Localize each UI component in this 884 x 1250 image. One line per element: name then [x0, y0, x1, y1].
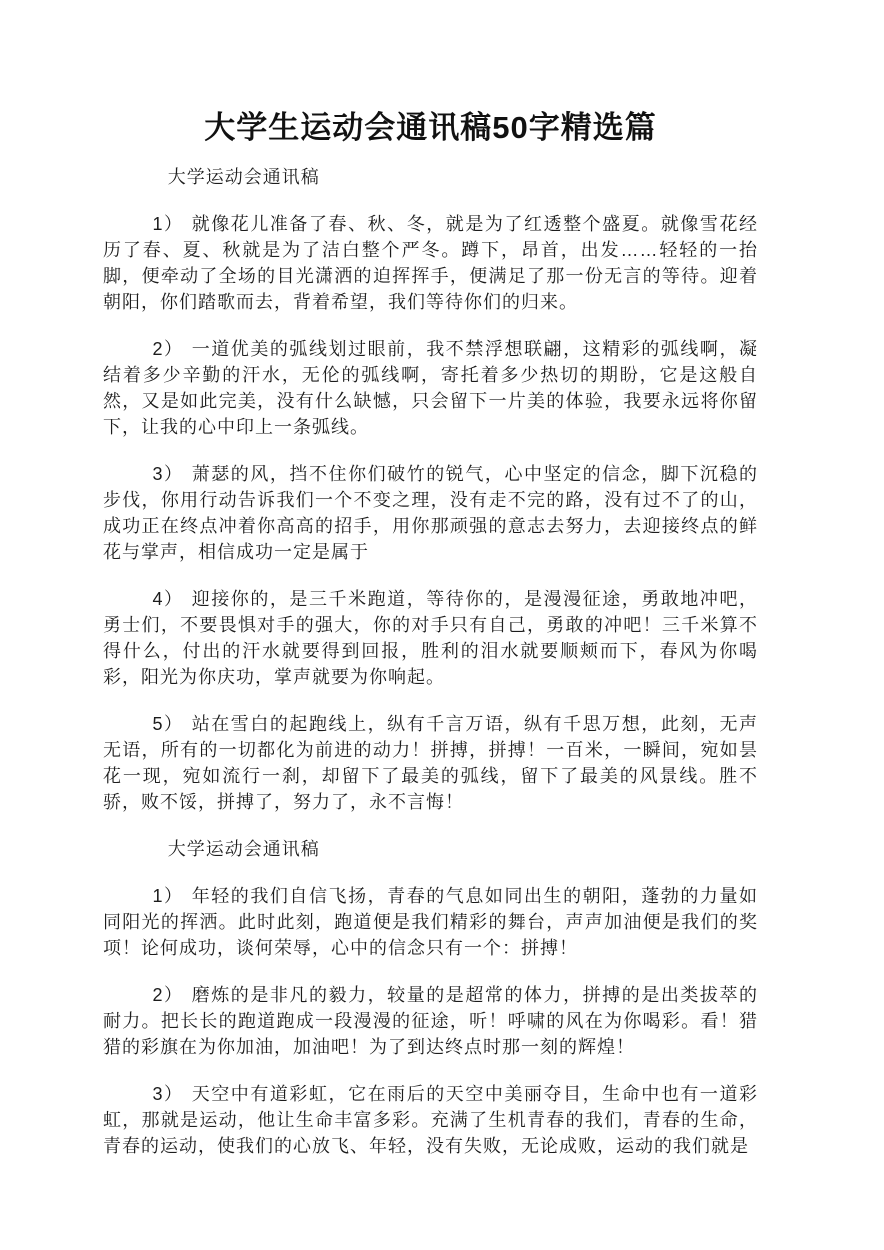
paragraph-number: 2） — [153, 985, 192, 1005]
paragraph: 2）磨炼的是非凡的毅力，较量的是超常的体力，拼搏的是出类拔萃的耐力。把长长的跑道… — [103, 982, 758, 1060]
page-title: 大学生运动会通讯稿50字精选篇 — [103, 108, 758, 148]
paragraph: 4）迎接你的，是三千米跑道，等待你的，是漫漫征途，勇敢地冲吧，勇士们，不要畏惧对… — [103, 586, 758, 690]
paragraph-number: 1） — [153, 886, 192, 906]
document-section: 大学运动会通讯稿 1）就像花儿准备了春、秋、冬，就是为了红透整个盛夏。就像雪花经… — [103, 164, 758, 815]
document-body: 大学运动会通讯稿 1）就像花儿准备了春、秋、冬，就是为了红透整个盛夏。就像雪花经… — [103, 164, 758, 1159]
paragraph: 1）年轻的我们自信飞扬，青春的气息如同出生的朝阳，蓬勃的力量如同阳光的挥洒。此时… — [103, 883, 758, 961]
paragraph-text: 迎接你的，是三千米跑道，等待你的，是漫漫征途，勇敢地冲吧，勇士们，不要畏惧对手的… — [103, 589, 758, 687]
paragraph: 3）天空中有道彩虹，它在雨后的天空中美丽夺目，生命中也有一道彩虹，那就是运动，他… — [103, 1081, 758, 1159]
document-section: 大学运动会通讯稿 1）年轻的我们自信飞扬，青春的气息如同出生的朝阳，蓬勃的力量如… — [103, 836, 758, 1159]
paragraph-text: 萧瑟的风，挡不住你们破竹的锐气，心中坚定的信念，脚下沉稳的步伐，你用行动告诉我们… — [103, 464, 758, 562]
paragraph-number: 5） — [153, 714, 192, 734]
paragraph-number: 3） — [153, 464, 192, 484]
paragraph-text: 站在雪白的起跑线上，纵有千言万语，纵有千思万想，此刻，无声无语，所有的一切都化为… — [103, 714, 758, 812]
paragraph-text: 磨炼的是非凡的毅力，较量的是超常的体力，拼搏的是出类拔萃的耐力。把长长的跑道跑成… — [103, 985, 758, 1057]
paragraph-text: 天空中有道彩虹，它在雨后的天空中美丽夺目，生命中也有一道彩虹，那就是运动，他让生… — [103, 1084, 758, 1156]
document-page: 大学生运动会通讯稿50字精选篇 大学运动会通讯稿 1）就像花儿准备了春、秋、冬，… — [0, 0, 884, 1250]
paragraph-text: 一道优美的弧线划过眼前，我不禁浮想联翩，这精彩的弧线啊，凝结着多少辛勤的汗水，无… — [103, 339, 758, 437]
paragraph: 2）一道优美的弧线划过眼前，我不禁浮想联翩，这精彩的弧线啊，凝结着多少辛勤的汗水… — [103, 336, 758, 440]
paragraph: 3）萧瑟的风，挡不住你们破竹的锐气，心中坚定的信念，脚下沉稳的步伐，你用行动告诉… — [103, 461, 758, 565]
paragraph-text: 年轻的我们自信飞扬，青春的气息如同出生的朝阳，蓬勃的力量如同阳光的挥洒。此时此刻… — [103, 886, 758, 958]
paragraph: 5）站在雪白的起跑线上，纵有千言万语，纵有千思万想，此刻，无声无语，所有的一切都… — [103, 711, 758, 815]
paragraph-number: 3） — [153, 1084, 192, 1104]
paragraph: 1）就像花儿准备了春、秋、冬，就是为了红透整个盛夏。就像雪花经历了春、夏、秋就是… — [103, 211, 758, 315]
paragraph-number: 4） — [153, 589, 192, 609]
paragraph-number: 1） — [153, 214, 192, 234]
section-label: 大学运动会通讯稿 — [103, 836, 758, 862]
section-label: 大学运动会通讯稿 — [103, 164, 758, 190]
paragraph-number: 2） — [153, 339, 192, 359]
paragraph-text: 就像花儿准备了春、秋、冬，就是为了红透整个盛夏。就像雪花经历了春、夏、秋就是为了… — [103, 214, 758, 312]
